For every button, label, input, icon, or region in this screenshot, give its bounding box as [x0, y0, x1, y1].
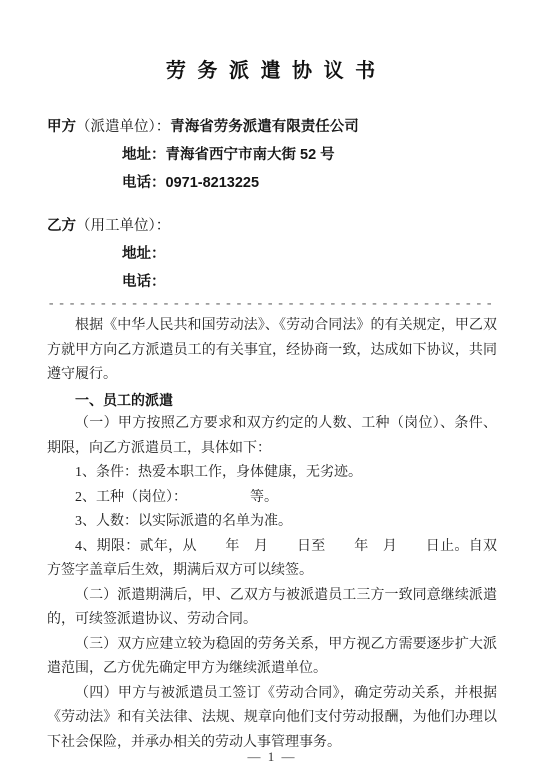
- clause-paragraph-1-item-1: 1、条件：热爱本职工作，身体健康，无劣迹。: [47, 461, 497, 486]
- intro-paragraph: 根据《中华人民共和国劳动法》、《劳动合同法》的有关规定，甲乙双方就甲方向乙方派遣…: [47, 314, 497, 388]
- party-b-address-line: 地址：: [47, 240, 497, 268]
- dashed-separator-line: ----------------------------------------…: [47, 298, 497, 310]
- party-b-phone-label: 电话：: [122, 274, 166, 290]
- agreement-body: 根据《中华人民共和国劳动法》、《劳动合同法》的有关规定，甲乙双方就甲方向乙方派遣…: [47, 314, 497, 755]
- party-a-address-value: 青海省西宁市南大街 52 号: [166, 147, 335, 163]
- party-a-address-label: 地址：: [122, 147, 166, 163]
- document-page: 劳 务 派 遣 协 议 书 甲方（派遣单位）：青海省劳务派遣有限责任公司 地址：…: [0, 0, 536, 781]
- clause-paragraph-3: （三）双方应建立较为稳固的劳务关系，甲方视乙方需要逐步扩大派遣范围，乙方优先确定…: [47, 633, 497, 682]
- party-a-label: 甲方: [47, 119, 76, 135]
- party-a-phone-line: 电话：0971-8213225: [47, 169, 497, 197]
- footer-page-number: — 1 —: [47, 749, 497, 765]
- party-a-phone-value: 0971-8213225: [166, 175, 260, 191]
- clause-paragraph-2: （二）派遣期满后，甲、乙双方与被派遣员工三方一致同意继续派遣的，可续签派遣协议、…: [47, 584, 497, 633]
- party-a-name: 青海省劳务派遣有限责任公司: [170, 119, 359, 135]
- party-b-label-paren: （用工单位）：: [76, 218, 170, 234]
- party-a-address-line: 地址：青海省西宁市南大街 52 号: [47, 141, 497, 169]
- party-a-block: 甲方（派遣单位）：青海省劳务派遣有限责任公司 地址：青海省西宁市南大街 52 号…: [47, 113, 497, 197]
- document-title: 劳 务 派 遣 协 议 书: [47, 54, 497, 83]
- party-b-head-line: 乙方（用工单位）：: [47, 212, 497, 240]
- clause-paragraph-1-item-4: 4、期限：贰年，从 年 月 日至 年 月 日止。自双方签字盖章后生效，期满后双方…: [47, 535, 497, 584]
- party-b-phone-line: 电话：: [47, 268, 497, 296]
- clause-paragraph-1: （一）甲方按照乙方要求和双方约定的人数、工种（岗位）、条件、期限，向乙方派遣员工…: [47, 412, 497, 461]
- clause-paragraph-1-item-2: 2、工种（岗位）： 等。: [47, 486, 497, 511]
- party-b-address-label: 地址：: [122, 246, 166, 262]
- clause-paragraph-4: （四）甲方与被派遣员工签订《劳动合同》，确定劳动关系，并根据《劳动法》和有关法律…: [47, 682, 497, 756]
- party-a-label-paren: （派遣单位）：: [76, 119, 170, 135]
- party-b-label: 乙方: [47, 218, 76, 234]
- party-a-head-line: 甲方（派遣单位）：青海省劳务派遣有限责任公司: [47, 113, 497, 141]
- party-a-phone-label: 电话：: [122, 175, 166, 191]
- party-b-block: 乙方（用工单位）： 地址： 电话：: [47, 212, 497, 296]
- section-1-heading: 一、员工的派遣: [47, 388, 497, 413]
- clause-paragraph-1-item-3: 3、人数：以实际派遣的名单为准。: [47, 510, 497, 535]
